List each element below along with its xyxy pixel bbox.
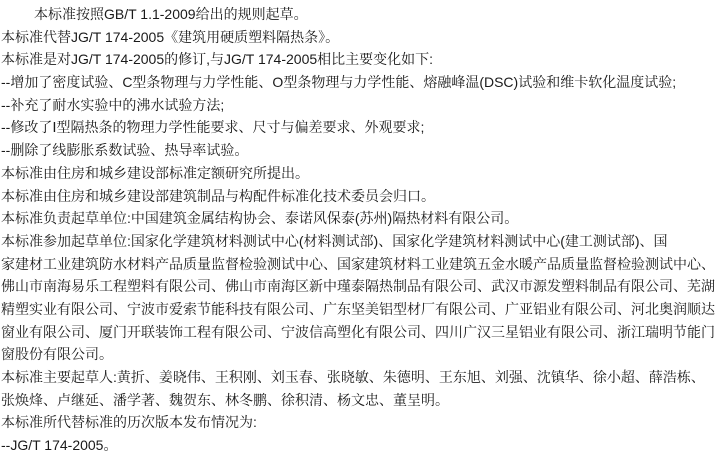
foreword-line: 本标准由住房和城乡建设部建筑制品与构配件标准化技术委员会归口。 — [1, 185, 718, 208]
foreword-line: 窗股份有限公司。 — [1, 343, 718, 366]
foreword-line: 精塑实业有限公司、宁波市爱索节能科技有限公司、广东坚美铝型材厂有限公司、广亚铝业… — [1, 298, 718, 321]
foreword-line: 张焕烽、卢继延、潘学著、魏贺东、林冬鹏、徐积清、杨文忠、董呈明。 — [1, 389, 718, 412]
foreword-line: 佛山市南海易乐工程塑料有限公司、佛山市南海区新中瑾泰隔热制品有限公司、武汉市源发… — [1, 275, 718, 298]
foreword-line: 家建材工业建筑防水材料产品质量监督检验测试中心、国家建筑材料工业建筑五金水暖产品… — [1, 253, 718, 276]
foreword-line: --增加了密度试验、C型条物理与力学性能、O型条物理与力学性能、熔融峰温(DSC… — [1, 71, 718, 94]
foreword-line: 本标准主要起草人:黄折、姜晓伟、王积刚、刘玉春、张晓敏、朱德明、王东旭、刘强、沈… — [1, 366, 718, 389]
foreword-line: 本标准由住房和城乡建设部标准定额研究所提出。 — [1, 162, 718, 185]
foreword-line: --修改了Ⅰ型隔热条的物理力学性能要求、尺寸与偏差要求、外观要求; — [1, 116, 718, 139]
document-page: 本标准按照GB/T 1.1-2009给出的规则起草。 本标准代替JG/T 174… — [0, 0, 718, 458]
foreword-line: 本标准参加起草单位:国家化学建筑材料测试中心(材料测试部)、国家化学建筑材料测试… — [1, 230, 718, 253]
foreword-line: --JG/T 174-2005。 — [1, 434, 718, 457]
foreword-line: --删除了线膨胀系数试验、热导率试验。 — [1, 139, 718, 162]
foreword-line: 本标准负责起草单位:中国建筑金属结构协会、泰诺风保泰(苏州)隔热材料有限公司。 — [1, 207, 718, 230]
foreword-line: 窗业有限公司、厦门开联装饰工程有限公司、宁波信高塑化有限公司、四川广汉三星铝业有… — [1, 321, 718, 344]
foreword-line: 本标准按照GB/T 1.1-2009给出的规则起草。 — [1, 3, 718, 26]
foreword-line: 本标准代替JG/T 174-2005《建筑用硬质塑料隔热条》。 — [1, 26, 718, 49]
foreword-line: 本标准是对JG/T 174-2005的修订,与JG/T 174-2005相比主要… — [1, 48, 718, 71]
foreword-line: --补充了耐水实验中的沸水试验方法; — [1, 94, 718, 117]
foreword-line: 本标准所代替标准的历次版本发布情况为: — [1, 411, 718, 434]
